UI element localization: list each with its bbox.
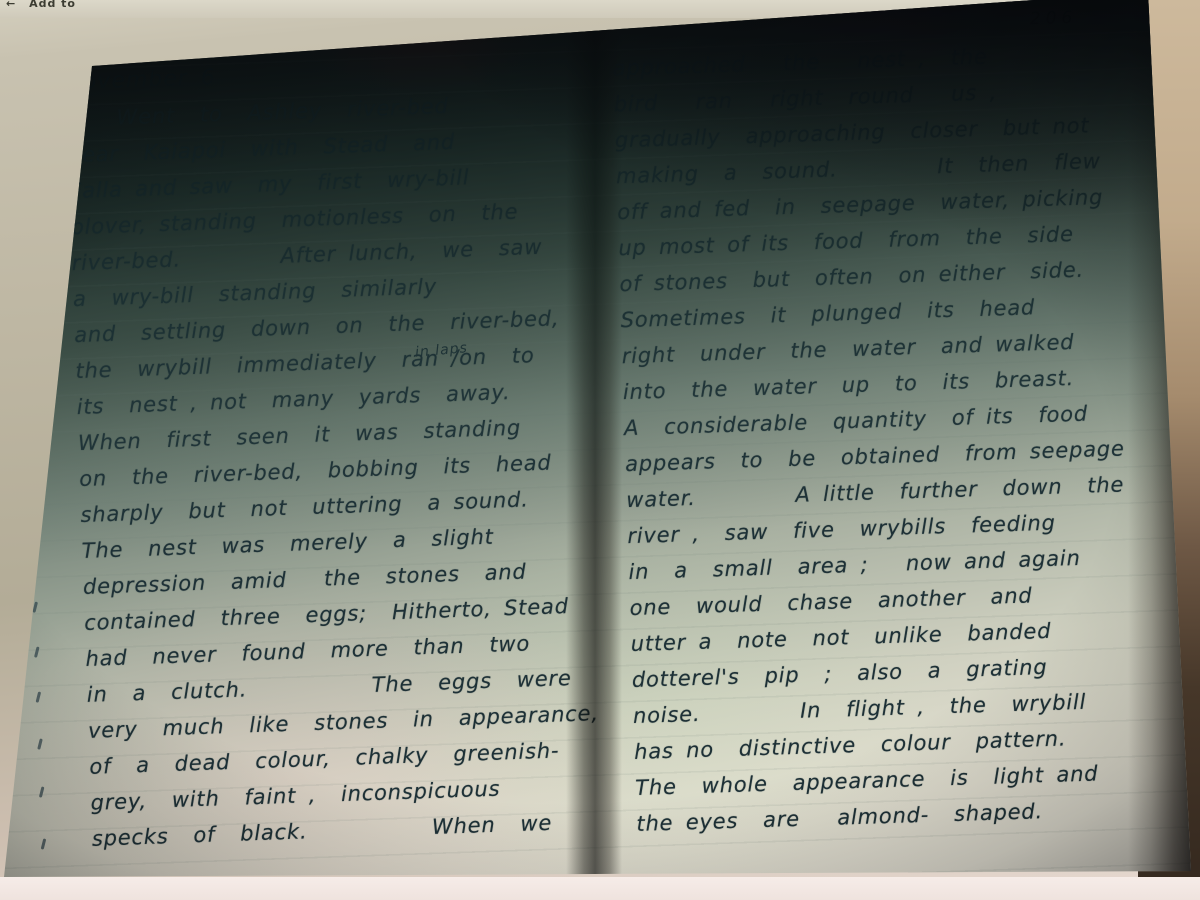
margin-ink-mark bbox=[37, 738, 43, 749]
margin-ink-mark bbox=[32, 601, 38, 612]
margin-ink-mark bbox=[34, 646, 40, 657]
back-arrow-icon[interactable]: ← bbox=[6, 0, 16, 10]
add-to-button[interactable]: Add to bbox=[29, 0, 76, 10]
handwriting-right: approached the nest , thebird ran right … bbox=[612, 34, 1157, 842]
photo-bottom-margin bbox=[0, 877, 1200, 900]
diary-photograph: 205 November 6 Went to Ashley river-bedn… bbox=[0, 0, 1200, 900]
margin-ink-mark bbox=[39, 786, 45, 797]
diary-page-right: 206 approached the nest , thebird ran ri… bbox=[611, 6, 1157, 842]
diary-page-left: 205 November 6 Went to Ashley river-bedn… bbox=[64, 19, 612, 857]
margin-ink-mark bbox=[36, 691, 42, 702]
margin-ink-mark bbox=[31, 556, 37, 567]
margin-ink-mark bbox=[41, 838, 47, 849]
handwriting-left: Went to Ashley river-bednear Kaiapoi wit… bbox=[66, 83, 612, 857]
